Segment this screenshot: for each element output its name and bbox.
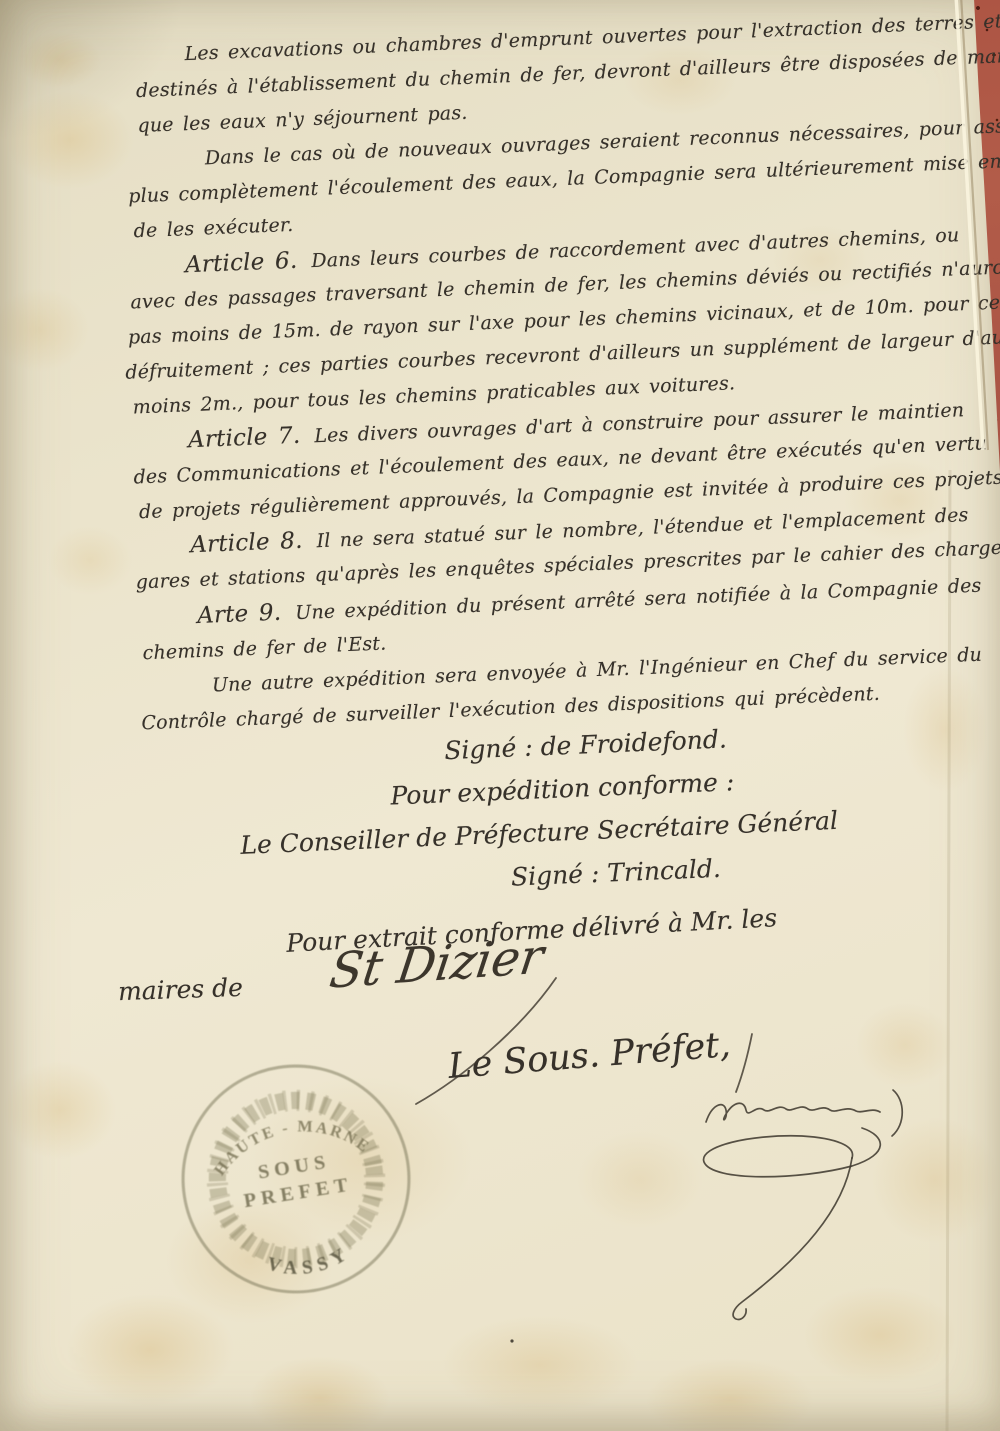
maires-de-line: maires de [118,973,244,1006]
article-label: Article 6. [185,247,298,277]
article-label: Article 8. [190,528,303,558]
article-label: Article 7. [188,423,301,453]
scanned-manuscript-photo: { "page": { "kind": "scanned handwritten… [0,0,1000,1431]
article-label: Arte 9. [197,599,282,628]
closing-block: Signé : de Froidefond. Pour expédition c… [140,709,927,914]
sous-prefet-stamp: HAUTE - MARNE SOUS PREFET VASSY [158,1041,435,1318]
manuscript-body: Les excavations ou chambres d'emprunt ou… [112,5,1000,742]
